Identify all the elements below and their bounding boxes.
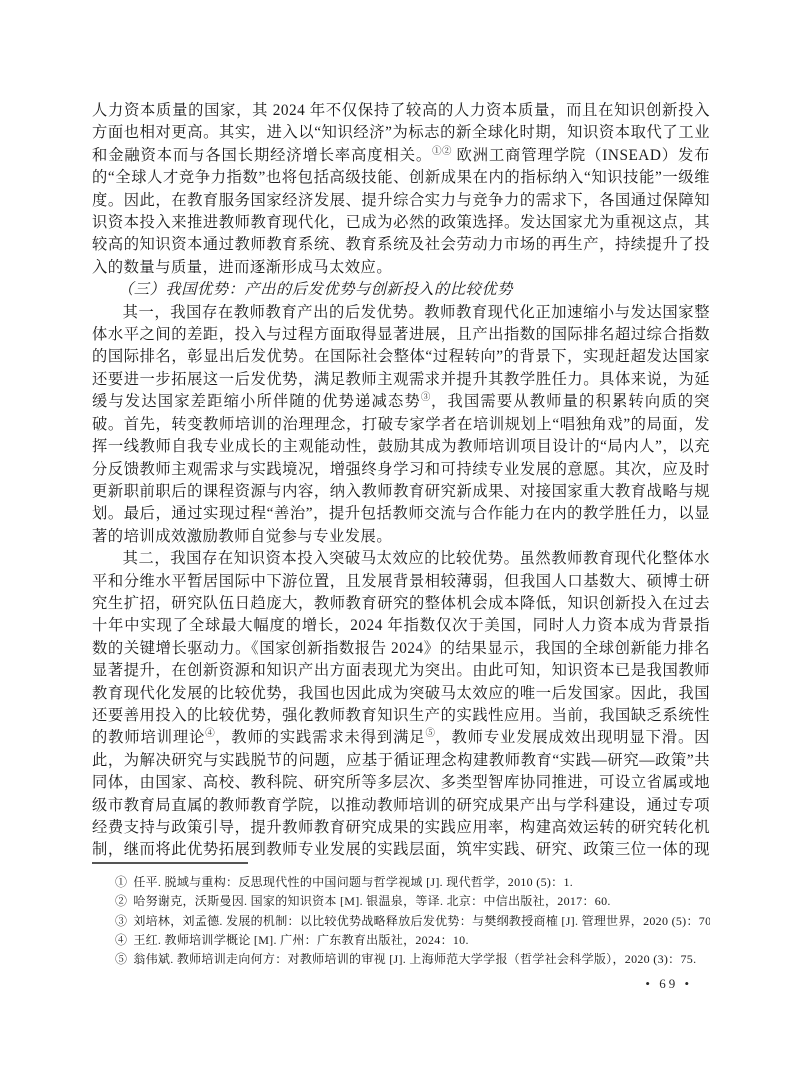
- footnote-item: ⑤翁伟斌. 教师培训走向何方：对教师培训的审视 [J]. 上海师范大学学报（哲学…: [92, 950, 710, 969]
- text-run: （三）我国优势：产出的后发优势与创新投入的比较优势: [118, 281, 513, 298]
- footnotes: ①任平. 脱域与重构：反思现代性的中国问题与哲学视域 [J]. 现代哲学，201…: [92, 862, 710, 969]
- footnote-text: 刘培林，刘孟德. 发展的机制：以比较优势战略释放后发优势：与樊纲教授商榷 [J]…: [133, 914, 710, 928]
- text-run: ，教师专业发展成效出现明显下滑。因此，为解决研究与实践脱节的问题，应基于循证理念…: [92, 729, 710, 864]
- footnote-marker: ①: [115, 875, 127, 889]
- section-heading: （三）我国优势：产出的后发优势与创新投入的比较优势: [92, 279, 710, 301]
- footnote-ref: ④: [205, 729, 215, 739]
- footnote-marker: ⑤: [115, 952, 127, 966]
- paragraph: 其一，我国存在教师教育产出的后发优势。教师教育现代化正加速缩小与发达国家整体水平…: [92, 302, 710, 548]
- footnote-marker: ②: [115, 894, 127, 908]
- footnote-marker: ④: [115, 933, 127, 947]
- footnote-item: ③刘培林，刘孟德. 发展的机制：以比较优势战略释放后发优势：与樊纲教授商榷 [J…: [92, 912, 710, 931]
- footnote-item: ②哈努谢克，沃斯曼因. 国家的知识资本 [M]. 银温泉，等译. 北京：中信出版…: [92, 892, 710, 911]
- footnote-ref: ③: [421, 393, 431, 403]
- text-run: 欧洲工商管理学院（INSEAD）发布的“全球人才竞争力指数”也将包括高级技能、创…: [92, 147, 710, 276]
- page-number: • 69 •: [92, 976, 710, 992]
- text-run: ，我国需要从教师量的积累转向质的突破。首先，转变教师培训的治理理念，打破专家学者…: [92, 393, 710, 544]
- document-page: 人力资本质量的国家，其 2024 年不仅保持了较高的人力资本质量，而且在知识创新…: [0, 0, 800, 1077]
- article-body: 人力资本质量的国家，其 2024 年不仅保持了较高的人力资本质量，而且在知识创新…: [92, 100, 710, 864]
- footnote-ref: ⑤: [425, 729, 435, 739]
- paragraph: 其二，我国存在知识资本投入突破马太效应的比较优势。虽然教师教育现代化整体水平和分…: [92, 548, 710, 864]
- text-run: ，教师的实践需求未得到满足: [215, 729, 425, 746]
- footnote-item: ④王红. 教师培训学概论 [M]. 广州：广东教育出版社，2024：10.: [92, 931, 710, 950]
- text-run: 其二，我国存在知识资本投入突破马太效应的比较优势。虽然教师教育现代化整体水平和分…: [92, 550, 710, 746]
- footnote-text: 王红. 教师培训学概论 [M]. 广州：广东教育出版社，2024：10.: [133, 933, 468, 947]
- footnote-text: 任平. 脱域与重构：反思现代性的中国问题与哲学视域 [J]. 现代哲学，2010…: [133, 875, 573, 889]
- footnote-divider: [92, 862, 248, 864]
- footnote-list: ①任平. 脱域与重构：反思现代性的中国问题与哲学视域 [J]. 现代哲学，201…: [92, 873, 710, 969]
- footnote-ref: ①②: [432, 147, 452, 157]
- footnote-marker: ③: [115, 914, 127, 928]
- footnote-text: 哈努谢克，沃斯曼因. 国家的知识资本 [M]. 银温泉，等译. 北京：中信出版社…: [133, 894, 610, 908]
- footnote-item: ①任平. 脱域与重构：反思现代性的中国问题与哲学视域 [J]. 现代哲学，201…: [92, 873, 710, 892]
- footnote-text: 翁伟斌. 教师培训走向何方：对教师培训的审视 [J]. 上海师范大学学报（哲学社…: [133, 952, 696, 966]
- paragraph: 人力资本质量的国家，其 2024 年不仅保持了较高的人力资本质量，而且在知识创新…: [92, 100, 710, 279]
